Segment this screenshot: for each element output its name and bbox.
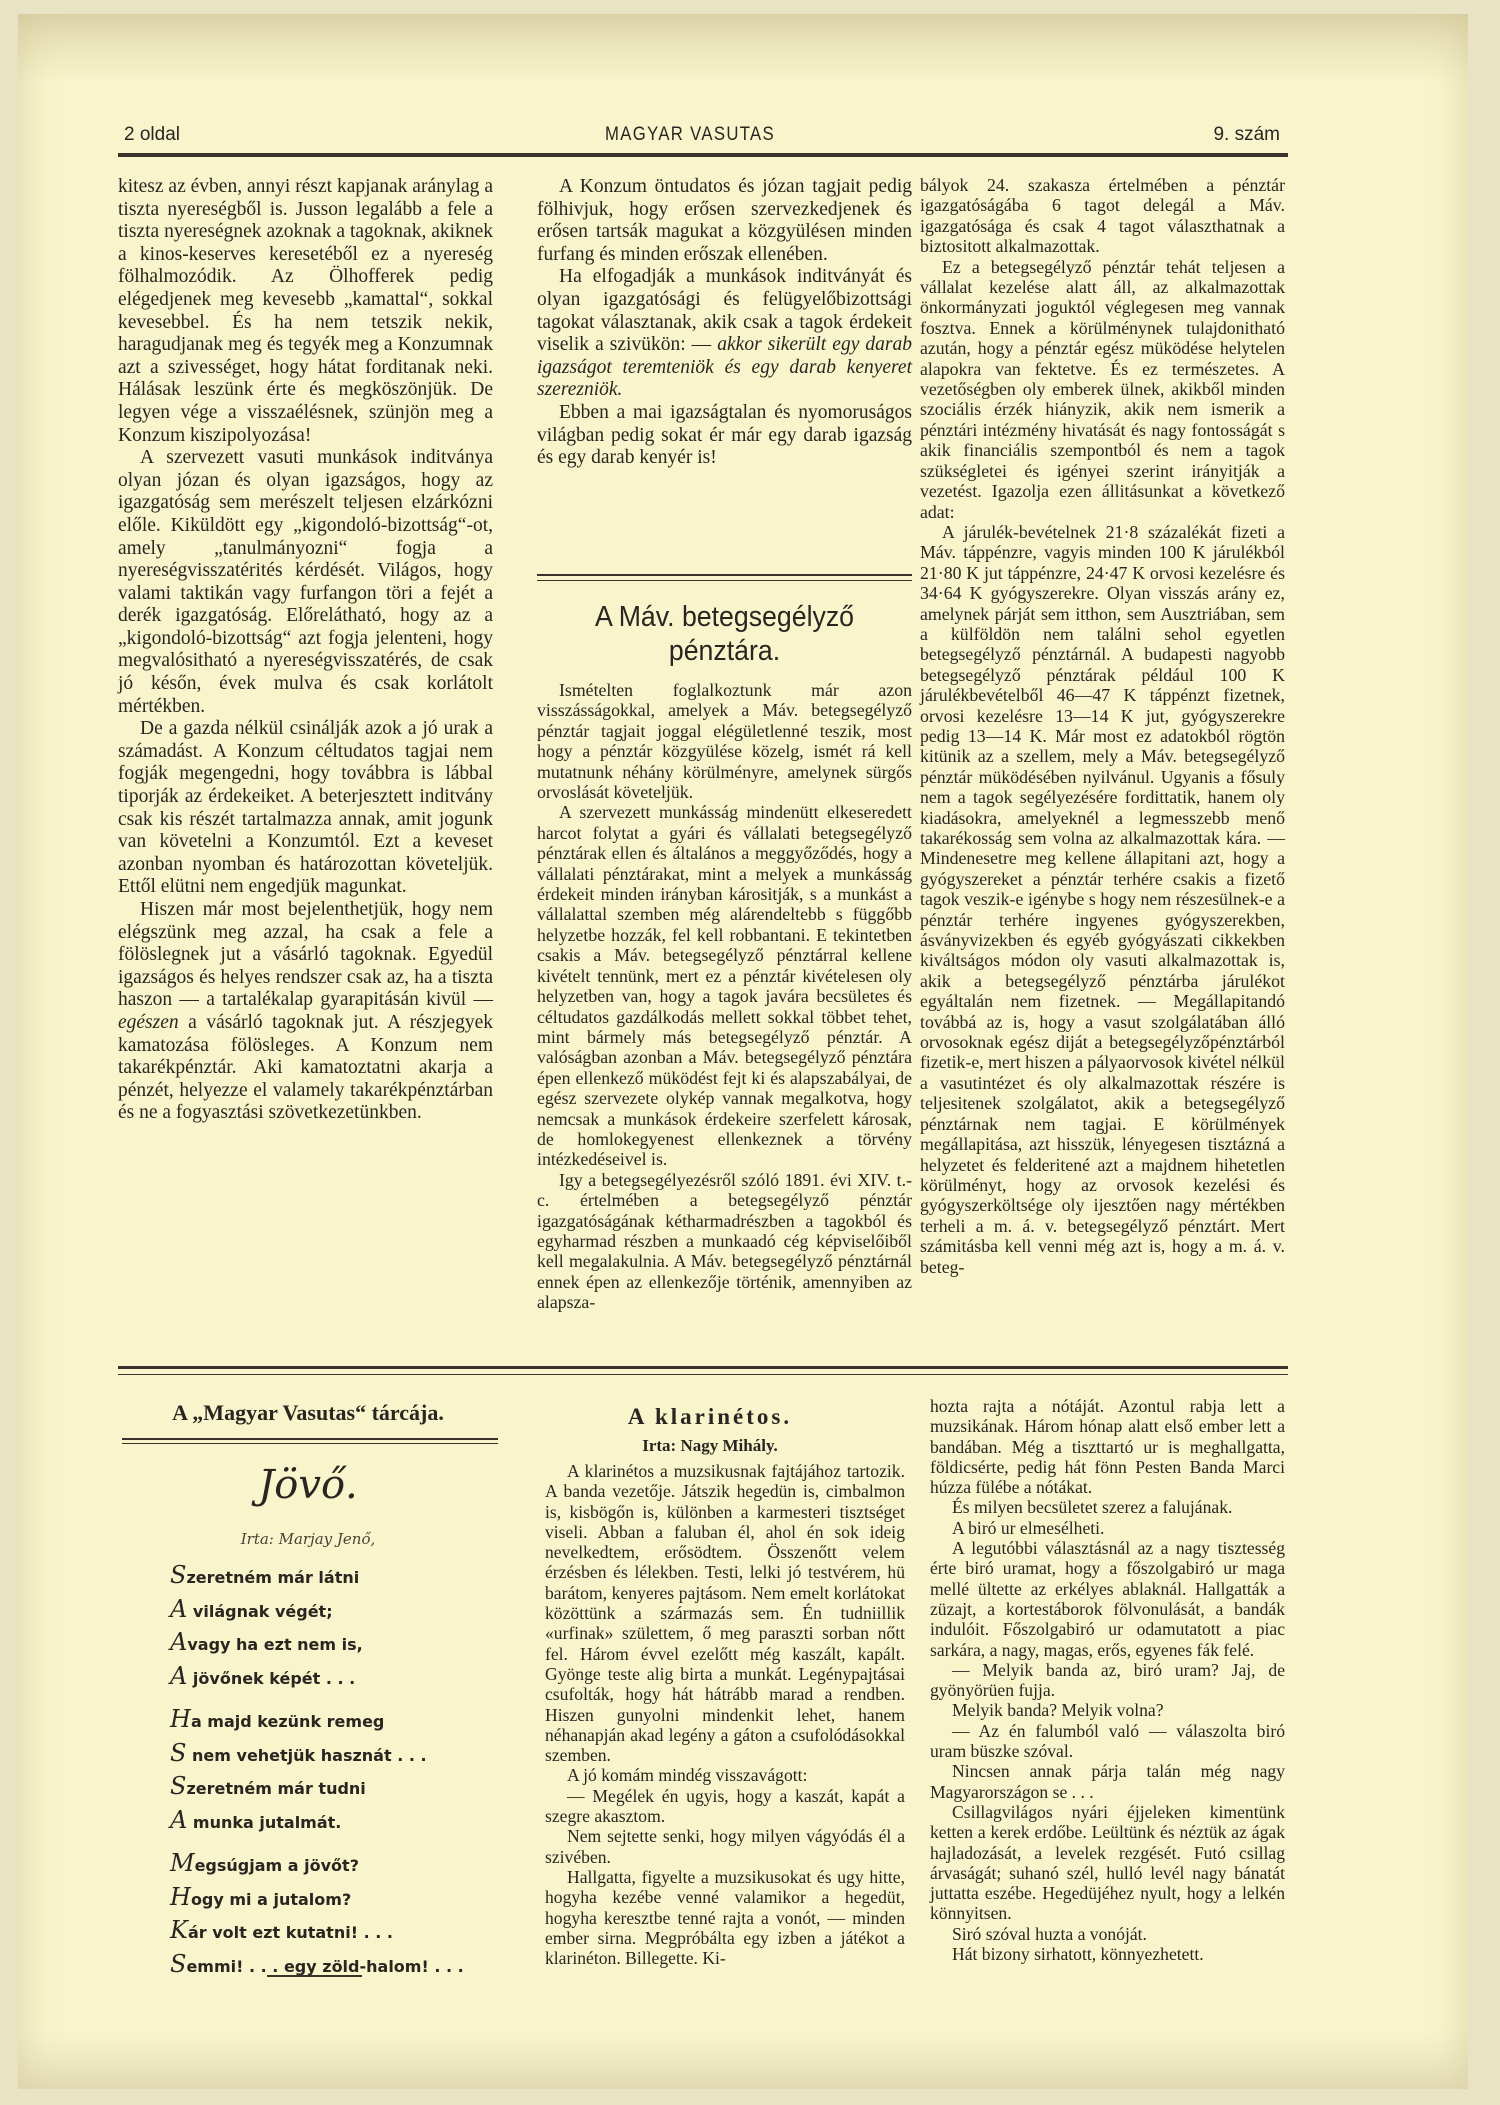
emphasis: egészen	[118, 1012, 179, 1033]
paragraph: Igy a betegsegélyezésről szóló 1891. évi…	[537, 1170, 912, 1313]
paragraph: A legutóbbi választásnál az a nagy tiszt…	[930, 1538, 1285, 1660]
poem-end-rule	[267, 1975, 362, 1977]
poem-line: Kár volt ezt kutatni! . . .	[170, 1915, 490, 1949]
feuilleton-rule	[122, 1438, 498, 1444]
paragraph: A Konzum öntudatos és józan tagjait pedi…	[537, 176, 912, 266]
stanza: Ha majd kezünk remeg S nem vehetjük hasz…	[170, 1704, 490, 1838]
paragraph: De a gazda nélkül csinálják azok a jó ur…	[118, 718, 493, 899]
feuilleton-title: A „Magyar Vasutas“ tárcája.	[118, 1400, 498, 1426]
column-1: kitesz az évben, annyi részt kapjanak ar…	[118, 176, 493, 1125]
paragraph: A biró ur elmesélheti.	[930, 1518, 1285, 1538]
stanza: Megsúgjam a jövőt? Hogy mi a jutalom? Ká…	[170, 1848, 490, 1982]
poem-line: Szeretném már látni	[170, 1560, 490, 1594]
paragraph: Siró szóval huzta a vonóját.	[930, 1924, 1285, 1944]
paragraph: — Melyik banda az, biró uram? Jaj, de gy…	[930, 1660, 1285, 1701]
page-header: 2 oldal MAGYAR VASUTAS 9. szám	[100, 118, 1280, 148]
poem-line: Ha majd kezünk remeg	[170, 1704, 490, 1738]
section-rule	[118, 1366, 1288, 1375]
paragraph: Ha elfogadják a munkások inditványát és …	[537, 266, 912, 402]
paragraph: kitesz az évben, annyi részt kapjanak ar…	[118, 176, 493, 447]
paragraph: Melyik banda? Melyik volna?	[930, 1700, 1285, 1720]
paragraph: Nem sejtette senki, hogy milyen vágyódás…	[545, 1826, 905, 1867]
paragraph: Ez a betegsegélyző pénztár tehát teljese…	[920, 257, 1285, 522]
paragraph: — Megélek én ugyis, hogy a kaszát, kapát…	[545, 1786, 905, 1827]
poem-title: Jövő.	[118, 1462, 498, 1508]
poem: Szeretném már látni A világnak végét; Av…	[170, 1560, 490, 1992]
paragraph: A jó komám mindég visszavágott:	[545, 1765, 905, 1785]
paragraph: És milyen becsületet szerez a falujának.	[930, 1497, 1285, 1517]
poem-line: S nem vehetjük hasznát . . .	[170, 1738, 490, 1772]
paragraph: A járulék-bevételnek 21·8 százalékát fiz…	[920, 522, 1285, 1277]
issue-number: 9. szám	[1213, 124, 1280, 146]
masthead: MAGYAR VASUTAS	[171, 124, 1209, 146]
column-3: bályok 24. szakasza értelmében a pénztár…	[920, 175, 1285, 1277]
poem-line: Szeretném már tudni	[170, 1771, 490, 1805]
poem-line: Megsúgjam a jövőt?	[170, 1848, 490, 1882]
story-column-b: hozta rajta a nótáját. Azontul rabja let…	[930, 1396, 1285, 1964]
stanza: Szeretném már látni A világnak végét; Av…	[170, 1560, 490, 1694]
article-title: A Máv. betegsegélyző pénztára.	[552, 600, 897, 668]
article-separator	[537, 574, 912, 581]
poem-author: Irta: Marjay Jenő,	[118, 1530, 498, 1548]
paragraph: Hallgatta, figyelte a muzsikusokat és ug…	[545, 1867, 905, 1968]
poem-line: A világnak végét;	[170, 1594, 490, 1628]
paragraph: Nincsen annak párja talán még nagy Magya…	[930, 1761, 1285, 1802]
header-rule	[118, 153, 1288, 157]
poem-line: Avagy ha ezt nem is,	[170, 1627, 490, 1661]
paragraph: A szervezett vasuti munkások inditványa …	[118, 447, 493, 718]
story-column-a: A klarinétos a muzsikusnak fajtájához ta…	[545, 1461, 905, 1968]
column-2: A Konzum öntudatos és józan tagjait pedi…	[537, 176, 912, 470]
paragraph: A szervezett munkásság mindenütt elkeser…	[537, 802, 912, 1169]
paragraph: Ismételten foglalkoztunk már azon visszá…	[537, 680, 912, 802]
paragraph: bályok 24. szakasza értelmében a pénztár…	[920, 175, 1285, 257]
paragraph: Csillagvilágos nyári éjjeleken kimentünk…	[930, 1802, 1285, 1924]
paragraph: — Az én falumból való — válaszolta biró …	[930, 1721, 1285, 1762]
story-title: A klarinétos.	[510, 1404, 910, 1430]
paragraph: Ebben a mai igazságtalan és nyomoruságos…	[537, 402, 912, 470]
article-body: Ismételten foglalkoztunk már azon visszá…	[537, 680, 912, 1313]
story-author: Irta: Nagy Mihály.	[510, 1436, 910, 1456]
poem-line: Hogy mi a jutalom?	[170, 1882, 490, 1916]
paragraph: hozta rajta a nótáját. Azontul rabja let…	[930, 1396, 1285, 1497]
paragraph: A klarinétos a muzsikusnak fajtájához ta…	[545, 1461, 905, 1765]
poem-line: A jövőnek képét . . .	[170, 1661, 490, 1695]
paragraph: Hiszen már most bejelenthetjük, hogy nem…	[118, 899, 493, 1125]
poem-line: A munka jutalmát.	[170, 1805, 490, 1839]
paragraph: Hát bizony sirhatott, könnyezhetett.	[930, 1944, 1285, 1964]
